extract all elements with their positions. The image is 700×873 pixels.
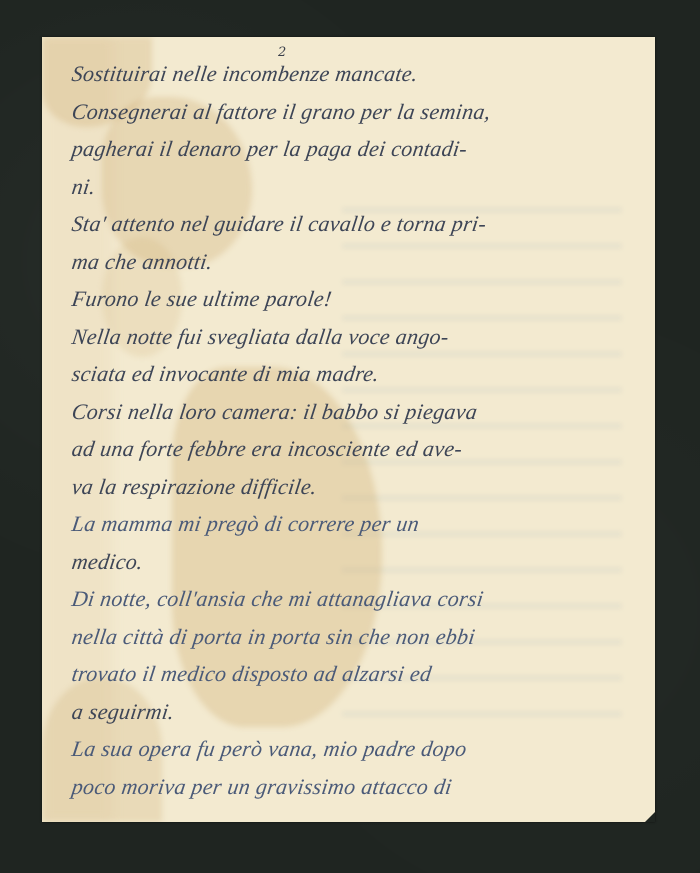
- text-line: Consegnerai al fattore il grano per la s…: [69, 93, 637, 131]
- text-line: Sostituirai nelle incombenze mancate.: [69, 55, 637, 93]
- torn-corner: [645, 812, 655, 822]
- text-line: poco moriva per un gravissimo attacco di: [69, 768, 637, 806]
- text-line: Nella notte fui svegliata dalla voce ang…: [69, 318, 637, 356]
- text-line: va la respirazione difficile.: [69, 468, 637, 506]
- letter-page: 2 Sostituirai nelle incombenze mancate. …: [42, 37, 655, 822]
- text-line: Corsi nella loro camera: il babbo si pie…: [69, 393, 637, 431]
- text-line: a seguirmi.: [69, 693, 637, 731]
- text-line: La mamma mi pregò di correre per un: [69, 505, 637, 543]
- text-line: La sua opera fu però vana, mio padre dop…: [69, 730, 637, 768]
- text-line: medico.: [69, 543, 637, 581]
- text-line: Di notte, coll'ansia che mi attanagliava…: [69, 580, 637, 618]
- text-line: Furono le sue ultime parole!: [69, 280, 637, 318]
- text-line: trovato il medico disposto ad alzarsi ed: [69, 655, 637, 693]
- text-line: pagherai il denaro per la paga dei conta…: [69, 130, 637, 168]
- text-line: ma che annotti.: [69, 243, 637, 281]
- text-line: sciata ed invocante di mia madre.: [69, 355, 637, 393]
- text-line: ni.: [69, 168, 637, 206]
- text-line: nella città di porta in porta sin che no…: [69, 618, 637, 656]
- text-line: ad una forte febbre era incosciente ed a…: [69, 430, 637, 468]
- handwritten-text: Sostituirai nelle incombenze mancate. Co…: [72, 55, 635, 805]
- text-line: Sta' attento nel guidare il cavallo e to…: [69, 205, 637, 243]
